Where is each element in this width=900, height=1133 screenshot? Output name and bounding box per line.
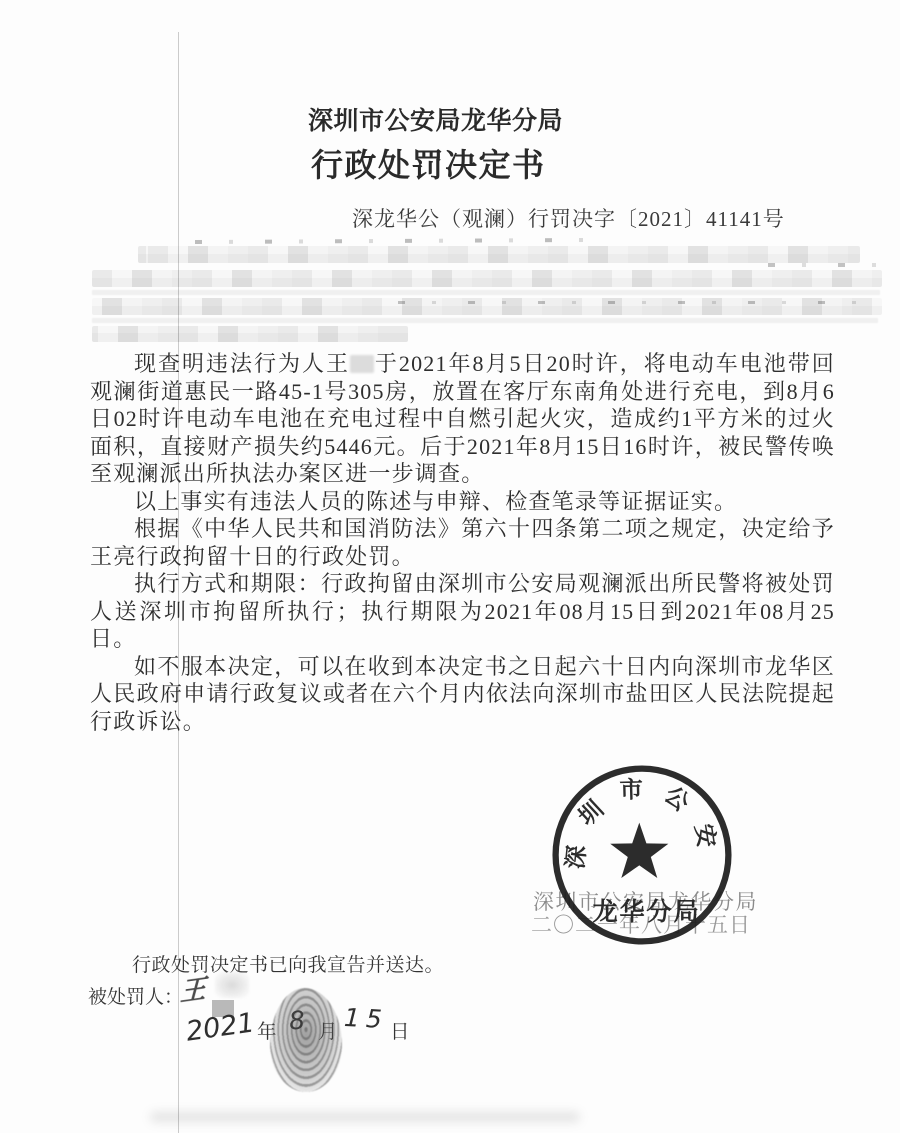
seal-name-text: 龙华分局 bbox=[593, 897, 701, 926]
paragraph-appeal: 如不服本决定，可以在收到本决定书之日起六十日内向深圳市龙华区人民政府申请行政复议… bbox=[90, 653, 835, 736]
redaction-block bbox=[138, 246, 860, 263]
redaction-strip bbox=[92, 318, 878, 323]
official-seal: 深圳市公安局 龙华分局 bbox=[552, 765, 732, 945]
date-day-unit: 日 bbox=[390, 1016, 410, 1044]
scanned-document-page: 深圳市公安局龙华分局 行政处罚决定书 深龙华公（观澜）行罚决字〔2021〕411… bbox=[0, 0, 900, 1133]
signature-handwritten: 王 bbox=[179, 968, 206, 1009]
redaction-text-remnant bbox=[768, 263, 880, 267]
paragraph-execution: 执行方式和期限：行政拘留由深圳市公安局观澜派出所民警将被处罚人送深圳市拘留所执行… bbox=[90, 570, 835, 653]
fingerprint-stamp bbox=[270, 988, 342, 1092]
paragraph-facts: 现查明违法行为人王于2021年8月5日20时许，将电动车电池带回观澜街道惠民一路… bbox=[90, 350, 835, 488]
org-title: 深圳市公安局龙华分局 bbox=[308, 101, 578, 137]
redaction-block bbox=[92, 326, 408, 342]
date-year-handwritten: 2021 bbox=[184, 1007, 256, 1047]
document-body: 现查明违法行为人王于2021年8月5日20时许，将电动车电池带回观澜街道惠民一路… bbox=[90, 350, 835, 735]
paragraph-legal-basis: 根据《中华人民共和国消防法》第六十四条第二项之规定，决定给予王亮行政拘留十日的行… bbox=[90, 515, 835, 570]
redaction-text-remnant bbox=[398, 301, 864, 304]
doc-title: 行政处罚决定书 bbox=[311, 140, 546, 186]
date-day-handwritten: 15 bbox=[343, 1003, 388, 1034]
redaction-text-remnant bbox=[195, 238, 585, 244]
redaction-strip bbox=[92, 290, 880, 295]
star-icon bbox=[610, 823, 668, 878]
paragraph-evidence: 以上事实有违法人员的陈述与申辩、检查笔录等证据证实。 bbox=[90, 488, 835, 516]
scan-shadow bbox=[150, 1112, 580, 1122]
receipt-statement: 行政处罚决定书已向我宣告并送达。 bbox=[132, 950, 444, 977]
signer-label: 被处罚人： bbox=[88, 982, 183, 1009]
doc-number: 深龙华公（观澜）行罚决字〔2021〕41141号 bbox=[352, 203, 785, 233]
facts-text-pre: 现查明违法行为人王 bbox=[134, 351, 350, 376]
redaction-block bbox=[92, 270, 882, 287]
name-redaction-blur bbox=[350, 355, 374, 373]
signature-smudge bbox=[215, 972, 249, 998]
